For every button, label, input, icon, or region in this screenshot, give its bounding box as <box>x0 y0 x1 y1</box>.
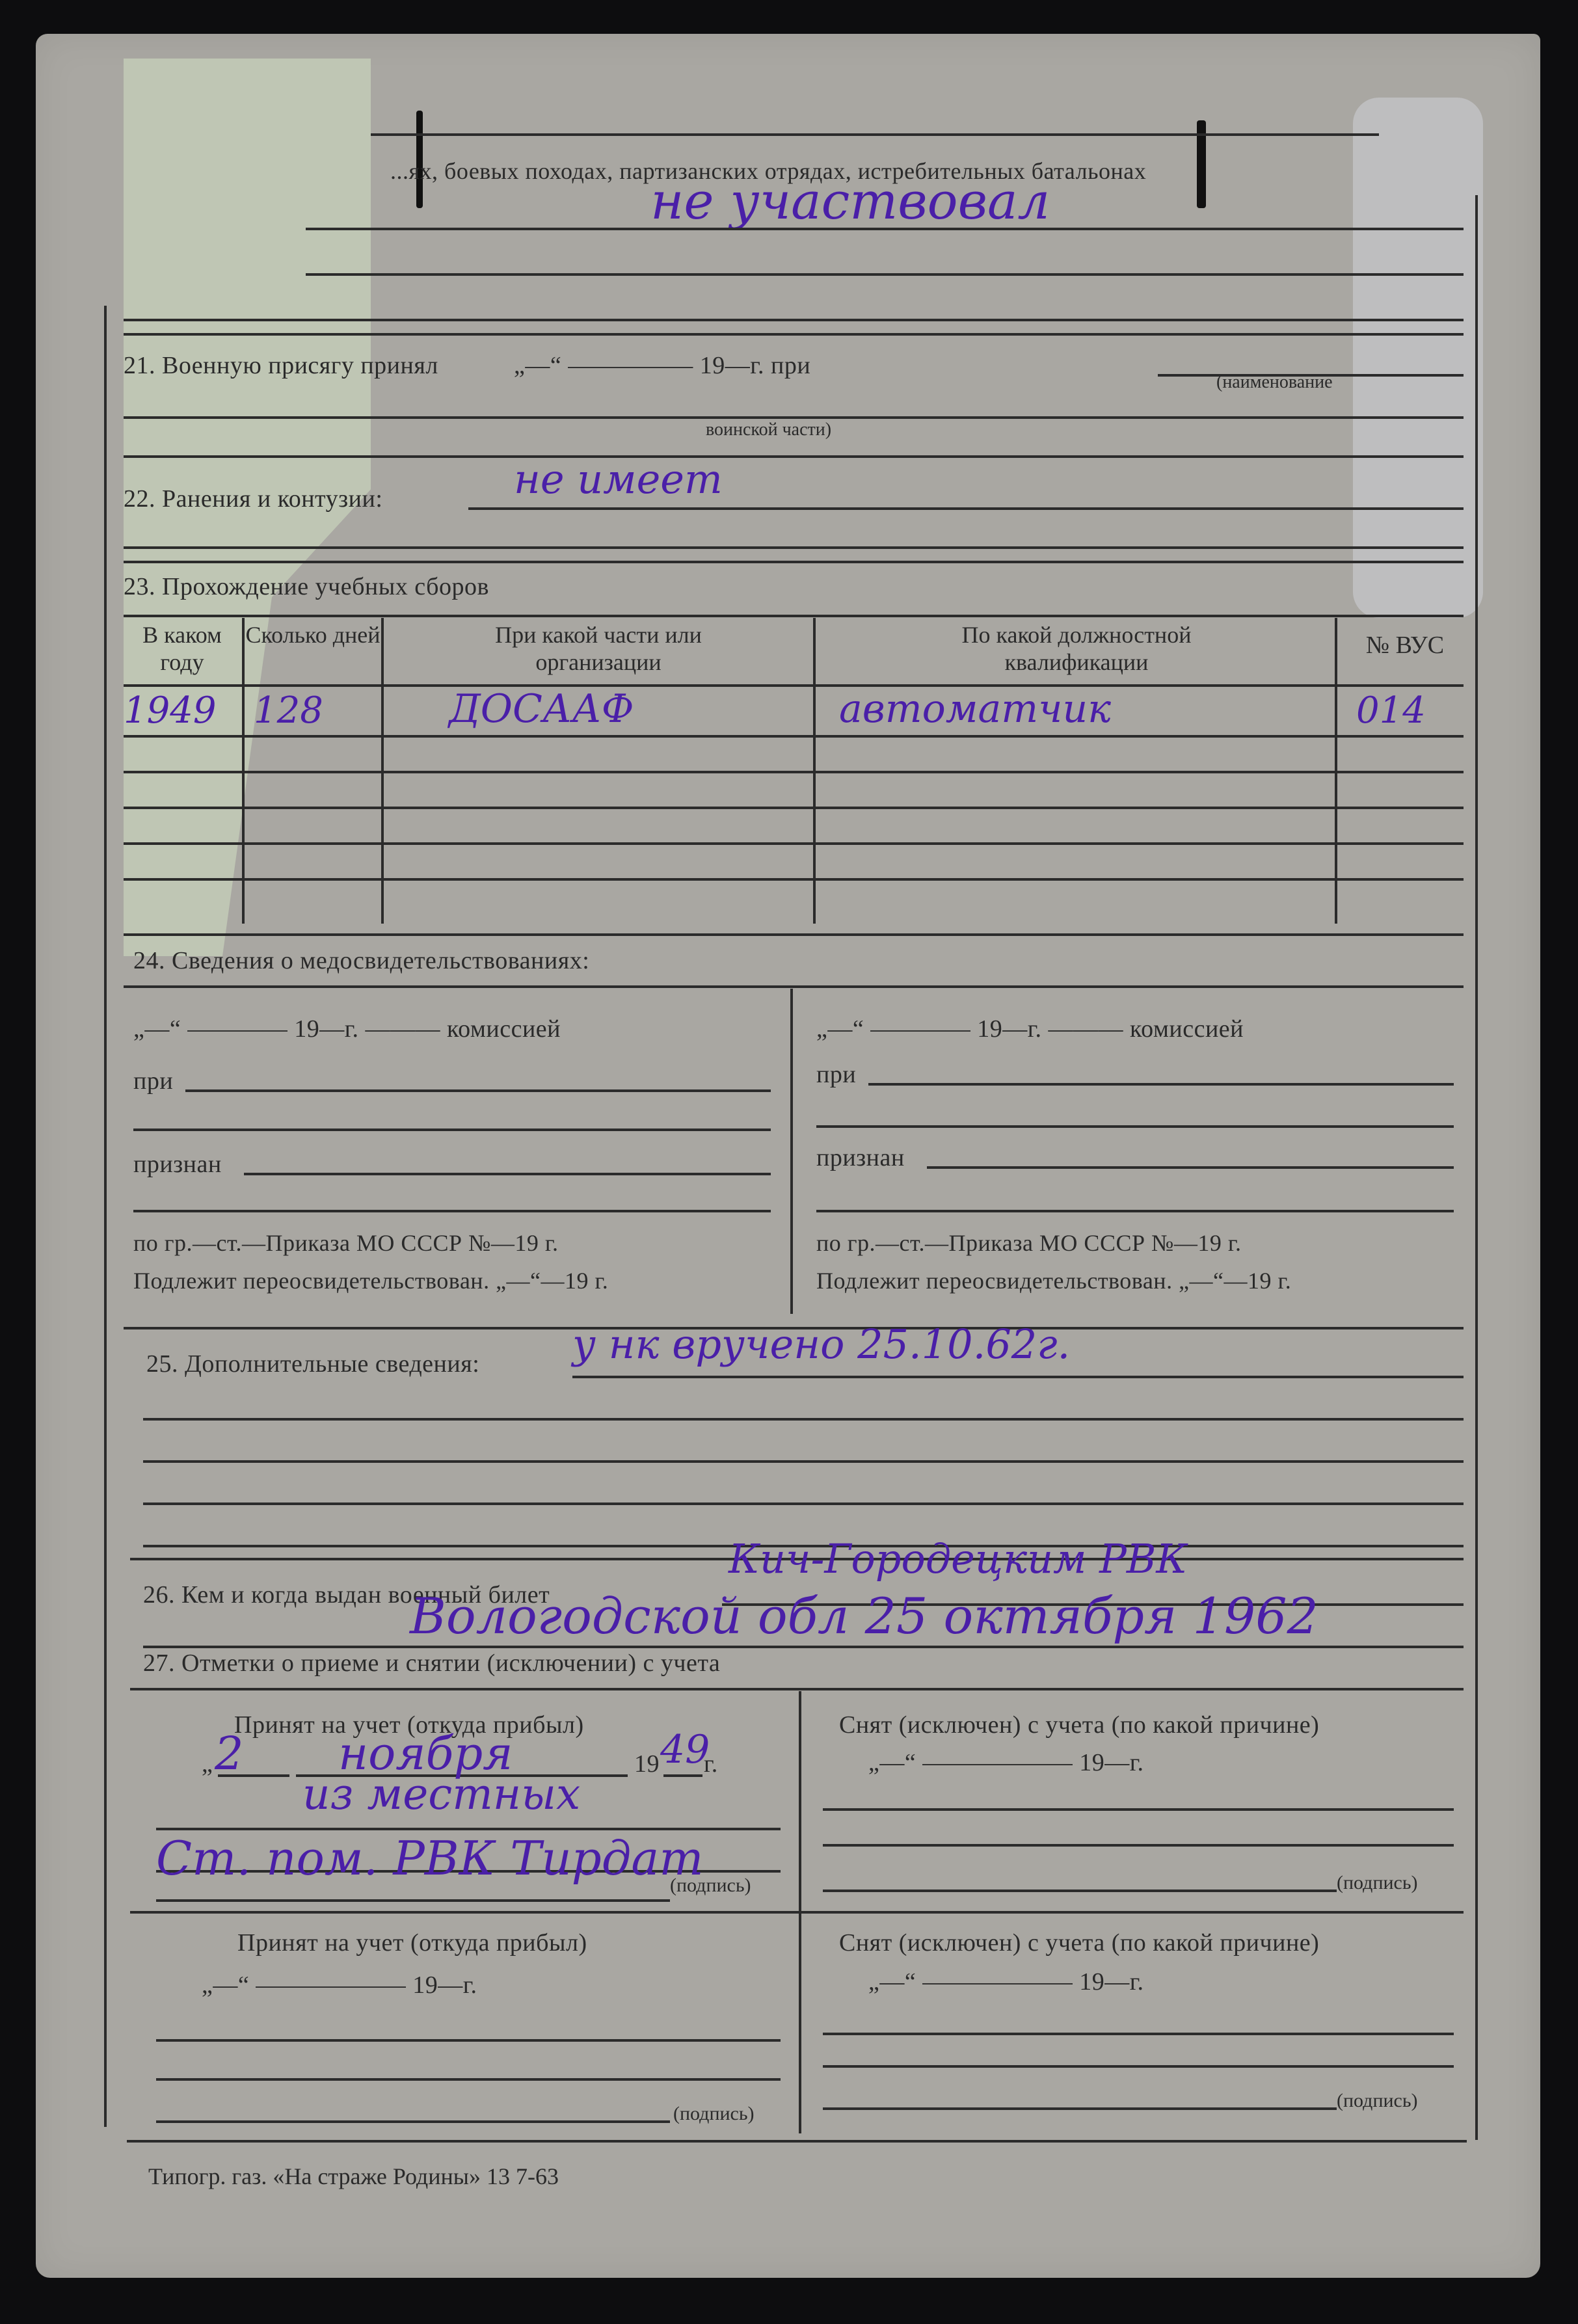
rule <box>124 319 1464 321</box>
rule <box>124 807 1464 809</box>
rule <box>156 1828 781 1830</box>
recheck-line: Подлежит переосвидетельствован. „—“—19 г… <box>133 1267 608 1294</box>
rule <box>306 273 1464 276</box>
signature-hint: (подпись) <box>673 2103 755 2125</box>
rule <box>124 771 1464 773</box>
rule <box>156 2078 781 2081</box>
section-21-hint: воинской части) <box>706 420 831 440</box>
section-21-date-template: „—“ ————— 19—г. при <box>514 351 810 380</box>
section-22-handwritten: не имеет <box>514 455 723 503</box>
rule <box>143 1503 1464 1505</box>
rule <box>124 615 1464 617</box>
rule <box>868 1083 1454 1086</box>
rule <box>663 1774 702 1777</box>
col-header-year: В каком году <box>124 621 241 676</box>
priznan-label: признан <box>133 1150 222 1179</box>
date-line: „—“ ———— 19—г. ——— комиссией <box>133 1015 561 1043</box>
entry-day: 2 <box>215 1727 244 1780</box>
rule <box>156 1899 670 1902</box>
rule <box>816 1125 1454 1128</box>
rule <box>127 2140 1467 2143</box>
rule <box>124 455 1464 458</box>
accept-entry-1: Принят на учет (откуда прибыл) „ 19 г. 2… <box>143 1691 787 1909</box>
pri-label: при <box>816 1060 856 1089</box>
removed-label: Снят (исключен) с учета (по какой причин… <box>839 1929 1319 1957</box>
rule <box>572 1376 1464 1378</box>
rule <box>823 2033 1454 2035</box>
cell-vus: 014 <box>1356 689 1426 732</box>
cell-unit: ДОСААФ <box>449 686 634 732</box>
rule <box>185 1089 771 1092</box>
section-25-handwritten: у нк вручено 25.10.62г. <box>572 1320 1070 1368</box>
accept-entry-2: Принят на учет (откуда прибыл) „—“ —————… <box>143 1916 787 2130</box>
rule <box>124 561 1464 563</box>
rule <box>156 2120 670 2123</box>
rule <box>244 1173 771 1175</box>
rule <box>306 228 1464 230</box>
section-25-label: 25. Дополнительные сведения: <box>146 1350 479 1378</box>
order-line: по гр.—ст.—Приказа МО СССР №—19 г. <box>816 1229 1242 1257</box>
rule <box>124 333 1464 336</box>
cell-qualification: автоматчик <box>839 686 1111 732</box>
accepted-label: Принят на учет (откуда прибыл) <box>237 1929 587 1957</box>
signature-hint: (подпись) <box>1337 2090 1418 2112</box>
rule <box>823 1844 1454 1847</box>
section-24-label: 24. Сведения о медосвидетельствованиях: <box>133 946 589 975</box>
entry-signature: Ст. пом. РВК Тирдат <box>156 1831 704 1886</box>
rule <box>133 1129 771 1131</box>
priznan-label: признан <box>816 1143 905 1172</box>
rule <box>823 2107 1337 2110</box>
signature-hint: (подпись) <box>1337 1872 1418 1894</box>
rule <box>124 416 1464 419</box>
removal-entry-2: Снят (исключен) с учета (по какой причин… <box>810 1916 1460 2130</box>
rule <box>124 878 1464 881</box>
frame-right <box>1475 195 1478 2140</box>
signature-hint: (подпись) <box>670 1875 751 1897</box>
paper-worn-area <box>1353 98 1483 618</box>
training-table: В каком году Сколько дней При какой част… <box>124 618 1464 930</box>
rule <box>124 684 1464 687</box>
date-template: „—“ —————— 19—г. <box>202 1971 477 1999</box>
date-line: „—“ ———— 19—г. ——— комиссией <box>816 1015 1244 1043</box>
col-header-vus: № ВУС <box>1346 631 1464 660</box>
col-header-unit: При какой части или организации <box>436 621 761 676</box>
date-quote: „ <box>202 1750 213 1778</box>
rule <box>823 2065 1454 2068</box>
col-divider <box>790 989 793 1314</box>
rule <box>143 1460 1464 1463</box>
rule <box>927 1166 1454 1169</box>
section-21-hint: (наименование <box>1216 372 1333 393</box>
section-23-label: 23. Прохождение учебных сборов <box>124 572 489 601</box>
med-exam-block-left: „—“ ———— 19—г. ——— комиссией при признан… <box>133 989 774 1314</box>
rule <box>124 933 1464 936</box>
section-20-handwritten: не участвовал <box>650 172 1050 231</box>
section-22-label: 22. Ранения и контузии: <box>124 485 382 513</box>
entry-from: из местных <box>302 1769 580 1819</box>
date-template: „—“ —————— 19—г. <box>868 1968 1144 1996</box>
printer-imprint: Типогр. газ. «На страже Родины» 13 7-63 <box>148 2163 559 2190</box>
removed-label: Снят (исключен) с учета (по какой причин… <box>839 1711 1319 1739</box>
entry-year: 49 <box>660 1727 710 1772</box>
rule <box>823 1890 1337 1892</box>
section-26-handwritten-line1: Кич-Городецким РВК <box>729 1535 1187 1583</box>
rule <box>124 842 1464 845</box>
section-26-handwritten-line2: Вологодской обл 25 октября 1962 <box>410 1587 1318 1645</box>
col-header-days: Сколько дней <box>245 621 381 648</box>
cell-year: 1949 <box>124 689 217 732</box>
rule <box>156 2039 781 2042</box>
rule <box>130 1911 1464 1914</box>
section-21-label: 21. Военную присягу принял <box>124 351 438 380</box>
section-27-label: 27. Отметки о приеме и снятии (исключени… <box>143 1649 720 1677</box>
frame-left <box>104 306 107 2127</box>
rule <box>124 985 1464 988</box>
rule <box>133 1210 771 1212</box>
rule <box>371 133 1379 136</box>
rule <box>130 1688 1464 1690</box>
date-template: „—“ —————— 19—г. <box>868 1748 1144 1777</box>
rule <box>124 735 1464 738</box>
removal-entry-1: Снят (исключен) с учета (по какой причин… <box>810 1691 1460 1909</box>
rule <box>816 1210 1454 1212</box>
year-prefix: 19 <box>634 1750 660 1778</box>
rule <box>124 546 1464 549</box>
rule <box>823 1808 1454 1811</box>
pri-label: при <box>133 1067 173 1095</box>
col-header-qualification: По какой должностной квалификации <box>891 621 1262 676</box>
rule <box>143 1646 1464 1648</box>
rule <box>468 507 1464 510</box>
med-exam-block-right: „—“ ———— 19—г. ——— комиссией при признан… <box>816 989 1460 1314</box>
rule <box>143 1418 1464 1421</box>
recheck-line: Подлежит переосвидетельствован. „—“—19 г… <box>816 1267 1291 1294</box>
order-line: по гр.—ст.—Приказа МО СССР №—19 г. <box>133 1229 559 1257</box>
cell-days: 128 <box>254 689 323 732</box>
